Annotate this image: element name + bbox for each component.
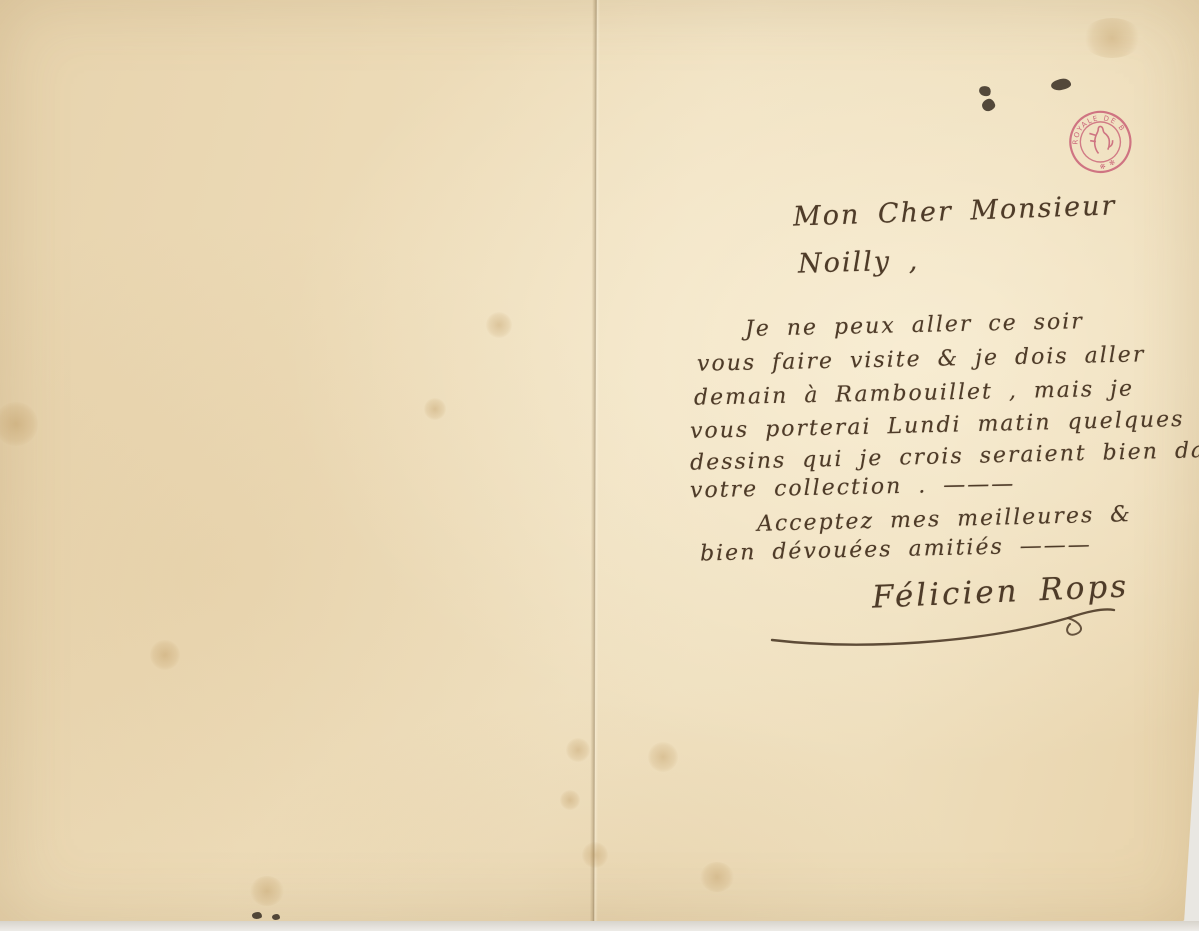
foxing-spot [150, 640, 180, 670]
salutation-line-2: Noilly , [798, 245, 920, 279]
foxing-spot [560, 790, 580, 810]
foxing-spot [566, 738, 590, 762]
foxing-spot [486, 312, 512, 338]
ink-blot [252, 912, 262, 919]
foxing-spot [700, 862, 734, 892]
foxing-spot [250, 876, 284, 906]
scanned-letter: ROYALE DE BEL ✻ ✻ Mon Cher Monsieur Noil… [0, 0, 1199, 931]
lion-rampant-icon [1087, 124, 1116, 155]
foxing-spot [424, 398, 446, 420]
scanner-background-strip [0, 921, 1199, 931]
foxing-spot [648, 742, 678, 772]
foxing-spot [1082, 18, 1142, 58]
signature-flourish [768, 596, 1118, 656]
ink-blot [272, 914, 280, 920]
foxing-spot [582, 842, 608, 868]
